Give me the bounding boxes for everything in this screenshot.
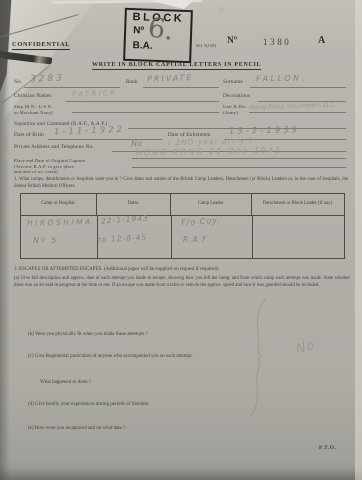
detachment-mark: . bbox=[289, 222, 292, 231]
camps-table-header-row: Camp or Hospital. Dates. Camp Leader. De… bbox=[21, 194, 344, 216]
scan-edge-bottom bbox=[0, 468, 362, 480]
date-of-birth-label: Date of Birth bbox=[14, 132, 44, 138]
ship-label-line1: Ship (R.N., U.S.N. bbox=[14, 104, 52, 109]
form-line bbox=[250, 87, 346, 88]
form-line bbox=[72, 112, 219, 113]
header-camp-or-hospital: Camp or Hospital. bbox=[21, 194, 97, 215]
form-line bbox=[132, 158, 346, 159]
leader-value-line1: F/o Coy. bbox=[181, 216, 221, 228]
address-label: Private Address and Telephone No. bbox=[14, 144, 94, 150]
dates-value-line2: to 12-8-45 bbox=[98, 233, 148, 245]
section1-intro: 1. What camps, detachments or hospitals … bbox=[14, 177, 348, 191]
camp-value-line1: HIROSHIMA bbox=[27, 217, 93, 227]
table-divider bbox=[252, 215, 253, 258]
section2-item-e: (e) How were you recaptured and on what … bbox=[28, 425, 125, 432]
handwritten-block-number: 6. bbox=[146, 12, 176, 47]
christian-names-label: Christian Names bbox=[14, 93, 52, 99]
form-line bbox=[249, 112, 346, 113]
section2-item-c: (c) Give Regimental particulars of anyon… bbox=[28, 353, 193, 360]
form-line bbox=[132, 167, 346, 168]
form-line bbox=[143, 87, 219, 88]
section2-item-d: (d) Give briefly your experiences during… bbox=[28, 401, 149, 408]
pto-marking: P.T.O. bbox=[319, 445, 336, 451]
christian-names-value: PATRICK bbox=[72, 88, 117, 99]
stamp-no-text: Nº bbox=[133, 25, 144, 36]
dates-value-line1: 22-1-1943 bbox=[101, 213, 149, 225]
unit-label-line2: (Army) bbox=[223, 110, 238, 115]
date-of-enlistment-value: 15-2-1939 bbox=[229, 125, 300, 136]
camps-table: Camp or Hospital. Dates. Camp Leader. De… bbox=[20, 193, 345, 259]
surname-label: Surname bbox=[223, 79, 243, 85]
rank-value: PRIVATE bbox=[147, 73, 194, 84]
section2-item-a: (a) Give full description and approx. da… bbox=[14, 276, 350, 290]
pencil-instruction: WRITE IN BLOCK CAPITAL LETTERS IN PENCIL bbox=[92, 62, 261, 70]
no-label: No. bbox=[14, 79, 22, 85]
section2-what-happened: What happened to them ? bbox=[40, 379, 91, 386]
decorations-label: Decorations bbox=[223, 93, 250, 99]
address-value: No bbox=[131, 139, 142, 149]
capture-label-line1: Place and Date of Original Capture bbox=[14, 158, 85, 163]
form-number: 1380 bbox=[263, 37, 291, 47]
rank-label: Rank bbox=[126, 79, 138, 85]
pencil-brace bbox=[238, 294, 282, 420]
camp-value-line2: Nº 5 bbox=[33, 236, 58, 245]
unit-label-line1: Unit & Div. bbox=[223, 104, 247, 109]
form-reference: M.I. 9(JAP) bbox=[196, 43, 216, 48]
section2-heading: 2. ESCAPES OR ATTEMPTED ESCAPES. (Additi… bbox=[14, 266, 350, 273]
series-letter: A bbox=[318, 35, 325, 46]
leader-value-line2: R.A.F bbox=[183, 235, 208, 244]
scanned-pow-form: CONFIDENTIAL BLOCK Nº B.A. 6. M.I. 9(JAP… bbox=[0, 0, 362, 480]
scan-edge-left bbox=[0, 0, 10, 480]
ship-label-line2: or Merchant Navy) bbox=[14, 110, 53, 115]
no-value: 3283 bbox=[30, 73, 65, 84]
header-detachment-leader: Detachment or Block Leader (if any). bbox=[252, 194, 344, 215]
table-divider bbox=[171, 215, 172, 258]
header-dates: Dates. bbox=[97, 194, 171, 215]
confidential-marking: CONFIDENTIAL bbox=[12, 41, 70, 50]
surname-value: FALLON. bbox=[256, 74, 307, 84]
form-no-sign: Nº bbox=[227, 36, 237, 46]
capture-label-line2: (Aircrew R.A.F. to give place bbox=[14, 164, 74, 169]
scan-edge-right bbox=[355, 0, 362, 480]
form-line bbox=[48, 139, 162, 140]
section2-item-b: (b) Were you physically fit when you mad… bbox=[28, 331, 148, 338]
header-camp-leader: Camp Leader. bbox=[171, 194, 252, 215]
capture-label-line3: and date of a/c crash). bbox=[14, 169, 59, 174]
form-line bbox=[66, 101, 219, 102]
